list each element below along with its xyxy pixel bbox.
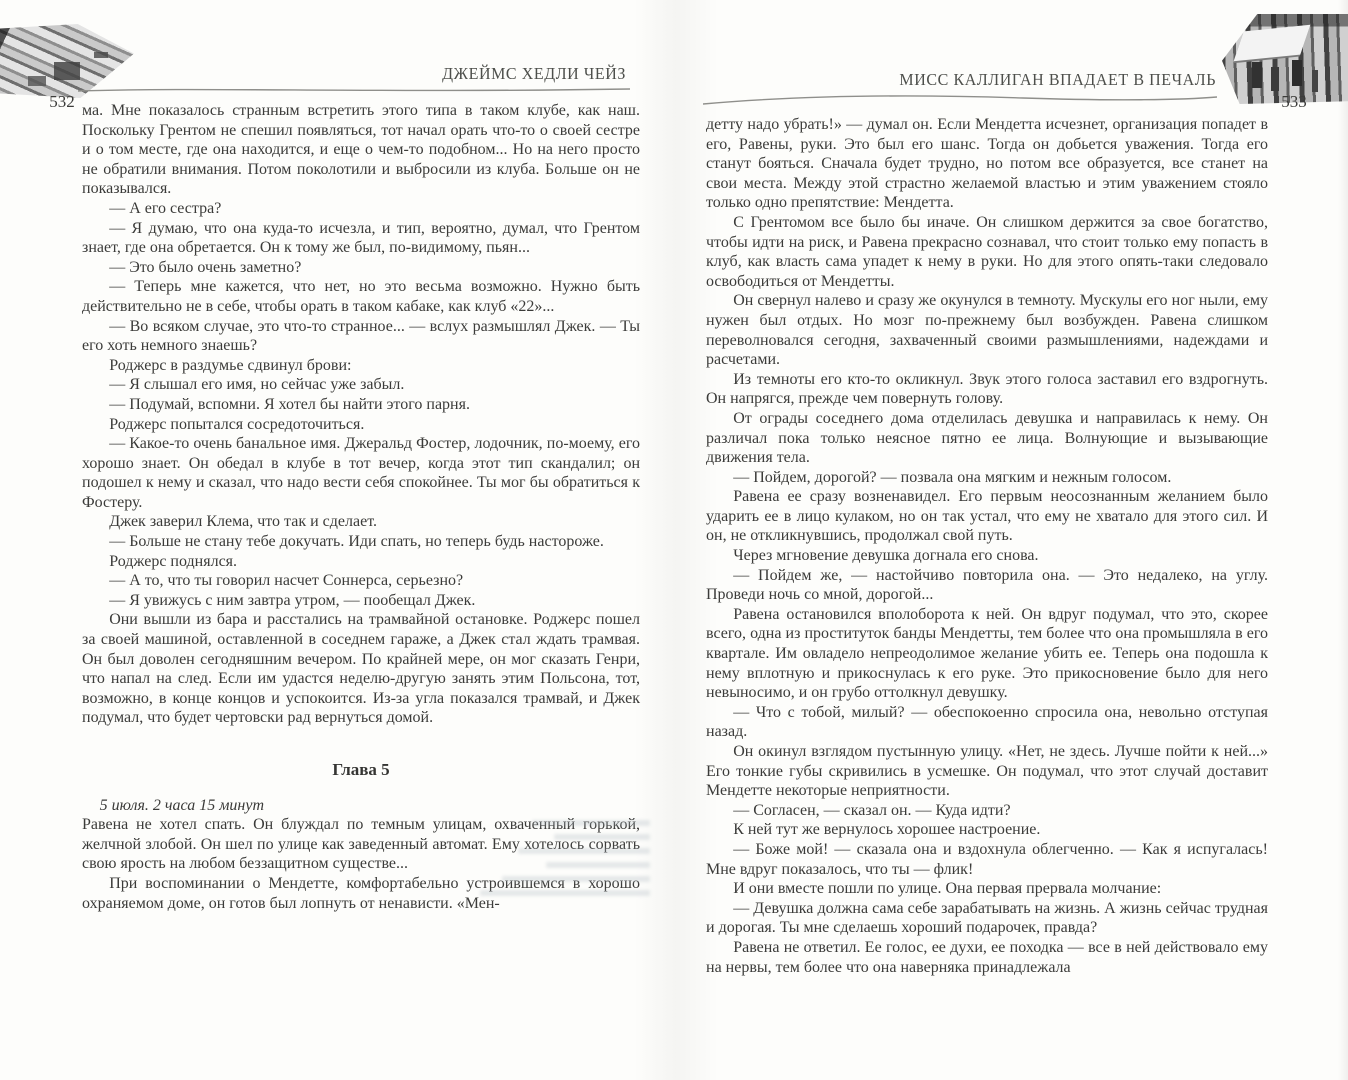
paragraph: И они вместе пошли по улице. Она первая …	[706, 879, 1268, 899]
paragraph: Они вышли из бара и расстались на трамва…	[82, 610, 640, 728]
paragraph: Джек заверил Клема, что так и сделает.	[82, 512, 640, 532]
paragraph: — А его сестра?	[82, 199, 640, 219]
paragraph: — Теперь мне кажется, что нет, но это ве…	[82, 277, 640, 316]
paragraph: — Я увижусь с ним завтра утром, — пообещ…	[82, 591, 640, 611]
paragraph: К ней тут же вернулось хорошее настроени…	[706, 820, 1268, 840]
book-spread-scan: ДЖЕЙМС ХЕДЛИ ЧЕЙЗ 532 МИСС КАЛЛИГАН ВПАД…	[0, 0, 1348, 1080]
paragraph: — Боже мой! — сказала она и вздохнула об…	[706, 840, 1268, 879]
paragraph: — А то, что ты говорил насчет Соннерса, …	[82, 571, 640, 591]
paragraph: — Больше не стану тебе докучать. Иди спа…	[82, 532, 640, 552]
paragraph: — Я думаю, что она куда-то исчезла, и ти…	[82, 219, 640, 258]
paragraph: Через мгновение девушка догнала его снов…	[706, 546, 1268, 566]
show-through-text-ghost	[468, 812, 650, 896]
left-page-text-block: ма. Мне показалось странным встретить эт…	[82, 101, 640, 913]
paragraph: — Пойдем же, — настойчиво повторила она.…	[706, 566, 1268, 605]
paragraph: Он окинул взглядом пустынную улицу. «Нет…	[706, 742, 1268, 801]
right-page-paragraphs: детту надо убрать!» — думал он. Если Мен…	[706, 115, 1268, 977]
paragraph: С Грентомом все было бы иначе. Он слишко…	[706, 213, 1268, 291]
corner-photo-right	[1222, 14, 1348, 104]
paragraph: ма. Мне показалось странным встретить эт…	[82, 101, 640, 199]
paragraph: Равена остановился вполоборота к ней. Он…	[706, 605, 1268, 703]
paragraph: От ограды соседнего дома отделилась деву…	[706, 409, 1268, 468]
paragraph: — Девушка должна сама себе зарабатывать …	[706, 899, 1268, 938]
paragraph: Равена ее сразу возненавидел. Его первым…	[706, 487, 1268, 546]
paragraph: Роджерс поднялся.	[82, 552, 640, 572]
right-page-text-block: детту надо убрать!» — думал он. Если Мен…	[706, 115, 1268, 977]
paragraph: — Пойдем, дорогой? — позвала она мягким …	[706, 468, 1268, 488]
paragraph: — Что с тобой, милый? — обеспокоенно спр…	[706, 703, 1268, 742]
paragraph: — Согласен, — сказал он. — Куда идти?	[706, 801, 1268, 821]
chapter-heading: Глава 5	[82, 760, 640, 780]
paragraph: — Это было очень заметно?	[82, 258, 640, 278]
running-title-book: МИСС КАЛЛИГАН ВПАДАЕТ В ПЕЧАЛЬ	[715, 70, 1216, 90]
paragraph: Равена не ответил. Ее голос, ее духи, ее…	[706, 938, 1268, 977]
paragraph: Роджерс попытался сосредоточиться.	[82, 415, 640, 435]
running-title-author: ДЖЕЙМС ХЕДЛИ ЧЕЙЗ	[19, 64, 626, 84]
paragraph: детту надо убрать!» — думал он. Если Мен…	[706, 115, 1268, 213]
header-rule-left	[78, 84, 630, 98]
page-edge-shadow	[1338, 0, 1348, 1080]
paragraph: — Я слышал его имя, но сейчас уже забыл.	[82, 375, 640, 395]
paragraph: Из темноты его кто-то окликнул. Звук это…	[706, 370, 1268, 409]
paragraph: Роджерс в раздумье сдвинул брови:	[82, 356, 640, 376]
paragraph: Он свернул налево и сразу же окунулся в …	[706, 291, 1268, 369]
paragraph: — Какое-то очень банальное имя. Джеральд…	[82, 434, 640, 512]
paragraph: — Во всяком случае, это что-то странное.…	[82, 317, 640, 356]
page-number-right: 533	[1262, 92, 1326, 112]
left-page-paragraphs: ма. Мне показалось странным встретить эт…	[82, 101, 640, 728]
paragraph: — Подумай, вспомни. Я хотел бы найти это…	[82, 395, 640, 415]
header-rule-right	[703, 92, 1217, 108]
